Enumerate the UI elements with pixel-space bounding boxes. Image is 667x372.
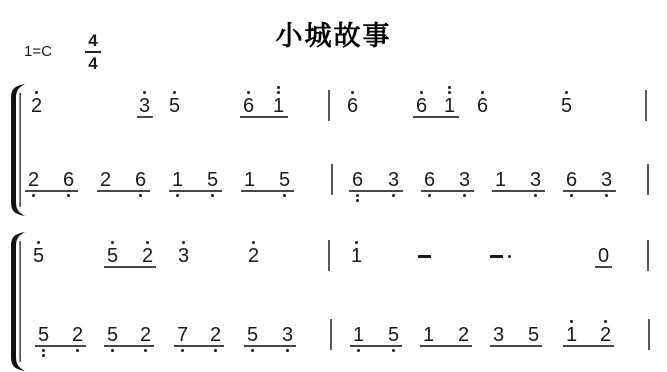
octave-dot-above <box>182 241 185 244</box>
underline-beam <box>104 345 154 347</box>
score: 2356166165262615156363136355232105252725… <box>0 0 667 372</box>
note: 2 <box>455 325 472 345</box>
barline <box>648 319 650 350</box>
octave-dot-below <box>356 194 359 197</box>
octave-dot-below <box>357 349 360 352</box>
octave-dot-below <box>534 194 537 197</box>
note: 6 <box>421 170 438 190</box>
octave-dot-above <box>565 91 568 94</box>
octave-dot-below <box>283 194 286 197</box>
octave-dot-below <box>111 349 114 352</box>
underline-beam <box>169 190 222 192</box>
note: 2 <box>207 325 224 345</box>
note: 2 <box>245 246 262 266</box>
note: 6 <box>344 96 361 116</box>
octave-dot-above <box>37 241 40 244</box>
note: 3 <box>279 325 296 345</box>
system-bracket-icon <box>5 232 29 371</box>
note: 5 <box>385 325 402 345</box>
octave-dot-below <box>214 349 217 352</box>
octave-dot-above <box>420 91 423 94</box>
note: 7 <box>174 325 191 345</box>
note: 2 <box>139 246 156 266</box>
octave-dot-below <box>251 349 254 352</box>
note: 2 <box>28 96 45 116</box>
underline-beam <box>413 116 459 118</box>
underline-beam <box>350 345 402 347</box>
note: 5 <box>244 325 261 345</box>
note: 2 <box>69 325 86 345</box>
underline-beam <box>241 190 294 192</box>
note: 3 <box>136 96 153 116</box>
sheet-music-page: 小城故事 1=C 4 4 235616616526261515636313635… <box>0 0 667 372</box>
underline-beam <box>97 190 150 192</box>
note: 6 <box>413 96 430 116</box>
octave-dot-below <box>392 194 395 197</box>
note: 2 <box>137 325 154 345</box>
underline-beam <box>421 190 474 192</box>
octave-dot-below <box>181 349 184 352</box>
octave-dot-above <box>351 91 354 94</box>
barline <box>647 240 649 271</box>
dash-note <box>490 255 503 258</box>
note: 1 <box>563 325 580 345</box>
underline-beam <box>104 266 156 268</box>
octave-dot-below <box>144 349 147 352</box>
note: 1 <box>441 96 458 116</box>
dash-note <box>418 255 431 258</box>
system-bracket-icon <box>5 84 29 216</box>
barline <box>647 164 649 195</box>
note: 6 <box>240 96 257 116</box>
octave-dot-below <box>76 349 79 352</box>
octave-dot-above <box>481 91 484 94</box>
octave-dot-above <box>277 91 280 94</box>
note: 5 <box>558 96 575 116</box>
octave-dot-below <box>42 354 45 357</box>
underline-beam <box>563 190 616 192</box>
octave-dot-below <box>67 194 70 197</box>
note: 3 <box>598 170 615 190</box>
underline-beam <box>595 266 612 268</box>
octave-dot-below <box>32 194 35 197</box>
underline-beam <box>25 190 78 192</box>
note: 1 <box>420 325 437 345</box>
note: 3 <box>175 246 192 266</box>
note: 6 <box>563 170 580 190</box>
underline-beam <box>137 116 153 118</box>
octave-dot-above <box>111 241 114 244</box>
note: 5 <box>166 96 183 116</box>
note: 5 <box>104 246 121 266</box>
octave-dot-above <box>448 91 451 94</box>
augmentation-dot <box>508 255 511 258</box>
underline-beam <box>349 190 403 192</box>
underline-beam <box>490 345 542 347</box>
octave-dot-above <box>252 241 255 244</box>
note: 0 <box>595 246 612 266</box>
underline-beam <box>420 345 472 347</box>
underline-beam <box>492 190 545 192</box>
barline <box>645 90 647 121</box>
underline-beam <box>563 345 614 347</box>
barline <box>328 90 330 121</box>
note: 6 <box>60 170 77 190</box>
octave-dot-above <box>146 241 149 244</box>
note: 6 <box>132 170 149 190</box>
underline-beam <box>244 345 296 347</box>
octave-dot-below <box>139 194 142 197</box>
note: 5 <box>204 170 221 190</box>
octave-dot-above <box>570 320 573 323</box>
octave-dot-above <box>355 241 358 244</box>
octave-dot-above <box>448 86 451 89</box>
octave-dot-below <box>286 349 289 352</box>
note: 5 <box>30 246 47 266</box>
octave-dot-above <box>173 91 176 94</box>
octave-dot-above <box>143 91 146 94</box>
note: 6 <box>474 96 491 116</box>
octave-dot-below <box>463 194 466 197</box>
note: 2 <box>97 170 114 190</box>
octave-dot-below <box>570 194 573 197</box>
note: 1 <box>348 246 365 266</box>
note: 6 <box>349 170 366 190</box>
barline <box>328 240 330 271</box>
octave-dot-below <box>392 349 395 352</box>
note: 3 <box>490 325 507 345</box>
note: 5 <box>276 170 293 190</box>
octave-dot-above <box>247 91 250 94</box>
note: 1 <box>492 170 509 190</box>
octave-dot-above <box>277 86 280 89</box>
octave-dot-below <box>356 199 359 202</box>
octave-dot-above <box>604 320 607 323</box>
note: 2 <box>597 325 614 345</box>
note: 3 <box>527 170 544 190</box>
octave-dot-below <box>42 349 45 352</box>
octave-dot-below <box>605 194 608 197</box>
octave-dot-above <box>35 91 38 94</box>
note: 2 <box>25 170 42 190</box>
note: 1 <box>169 170 186 190</box>
underline-beam <box>35 345 86 347</box>
note: 3 <box>456 170 473 190</box>
note: 1 <box>270 96 287 116</box>
barline <box>330 319 332 350</box>
note: 5 <box>104 325 121 345</box>
octave-dot-below <box>428 194 431 197</box>
underline-beam <box>240 116 288 118</box>
octave-dot-below <box>176 194 179 197</box>
note: 5 <box>525 325 542 345</box>
note: 5 <box>35 325 52 345</box>
note: 1 <box>241 170 258 190</box>
note: 3 <box>385 170 402 190</box>
note: 1 <box>350 325 367 345</box>
octave-dot-below <box>211 194 214 197</box>
underline-beam <box>174 345 224 347</box>
barline <box>331 164 333 195</box>
